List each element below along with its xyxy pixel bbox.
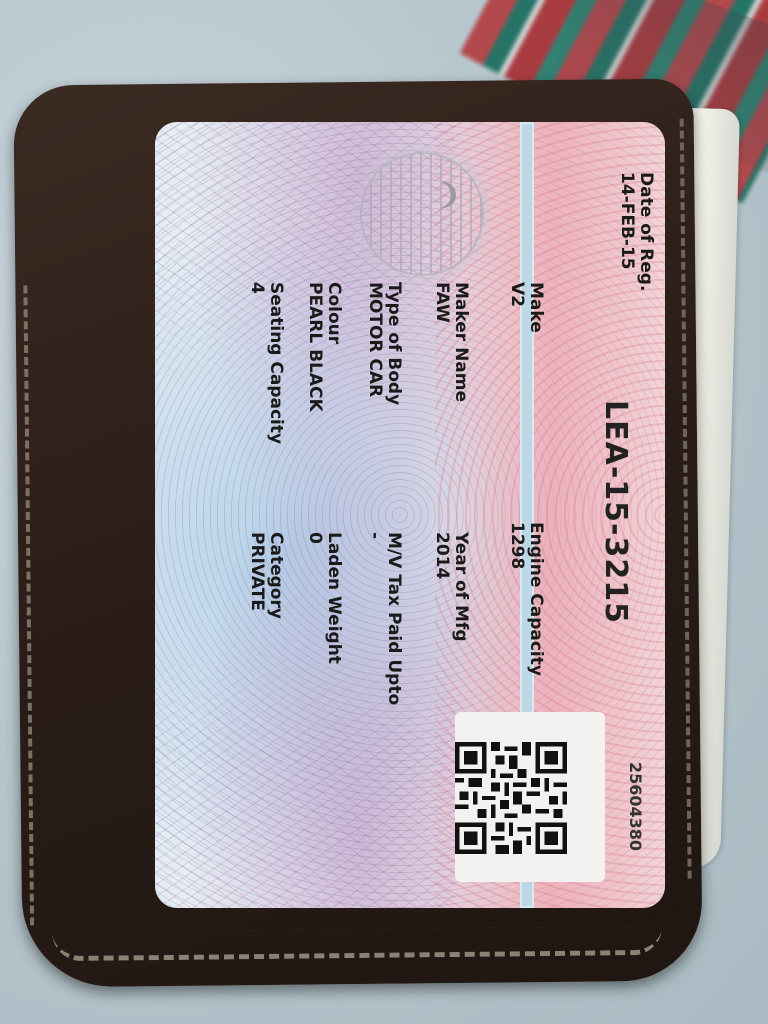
value: 2014 bbox=[432, 532, 451, 642]
field-year-of-mfg: Year of Mfg 2014 bbox=[432, 532, 470, 642]
vehicle-registration-card: LEA-15-3215 Date of Reg. 14-FEB-15 Make … bbox=[155, 122, 665, 908]
field-type-of-body: Type of Body MOTOR CAR bbox=[365, 282, 403, 405]
label: Laden Weight bbox=[324, 532, 343, 664]
label: Maker Name bbox=[451, 282, 470, 402]
label: Colour bbox=[324, 282, 343, 412]
label: Engine Capacity bbox=[526, 522, 545, 676]
field-maker-name: Maker Name FAW bbox=[432, 282, 470, 402]
wallet-stitching-right bbox=[670, 119, 692, 879]
serial-number: 25604380 bbox=[626, 762, 645, 851]
field-tax-paid-upto: M/V Tax Paid Upto - bbox=[365, 532, 403, 705]
value: MOTOR CAR bbox=[365, 282, 384, 405]
field-engine-capacity: Engine Capacity 1298 bbox=[507, 522, 545, 676]
field-laden-weight: Laden Weight 0 bbox=[305, 532, 343, 664]
label: Year of Mfg bbox=[451, 532, 470, 642]
label: Make bbox=[526, 282, 545, 333]
wallet-stitching-bottom bbox=[52, 926, 662, 961]
field-seating-capacity: Seating Capacity 4 bbox=[247, 282, 285, 444]
card-text-layer: LEA-15-3215 Date of Reg. 14-FEB-15 Make … bbox=[155, 122, 665, 908]
field-make: Make V2 bbox=[507, 282, 545, 333]
value: 1298 bbox=[507, 522, 526, 676]
registration-number: LEA-15-3215 bbox=[598, 400, 633, 624]
label: Seating Capacity bbox=[266, 282, 285, 444]
field-colour: Colour PEARL BLACK bbox=[305, 282, 343, 412]
value: 14-FEB-15 bbox=[617, 172, 636, 291]
value: PEARL BLACK bbox=[305, 282, 324, 412]
label: M/V Tax Paid Upto bbox=[384, 532, 403, 705]
field-category: Category PRIVATE bbox=[247, 532, 285, 619]
value: - bbox=[365, 532, 384, 705]
qr-code-icon bbox=[455, 742, 567, 854]
label: Category bbox=[266, 532, 285, 619]
field-date-of-reg: Date of Reg. 14-FEB-15 bbox=[617, 172, 655, 291]
value: V2 bbox=[507, 282, 526, 333]
value: 4 bbox=[247, 282, 266, 444]
wallet-stitching-left bbox=[23, 285, 44, 925]
value: PRIVATE bbox=[247, 532, 266, 619]
label: Type of Body bbox=[384, 282, 403, 405]
label: Date of Reg. bbox=[636, 172, 655, 291]
value: 0 bbox=[305, 532, 324, 664]
value: FAW bbox=[432, 282, 451, 402]
